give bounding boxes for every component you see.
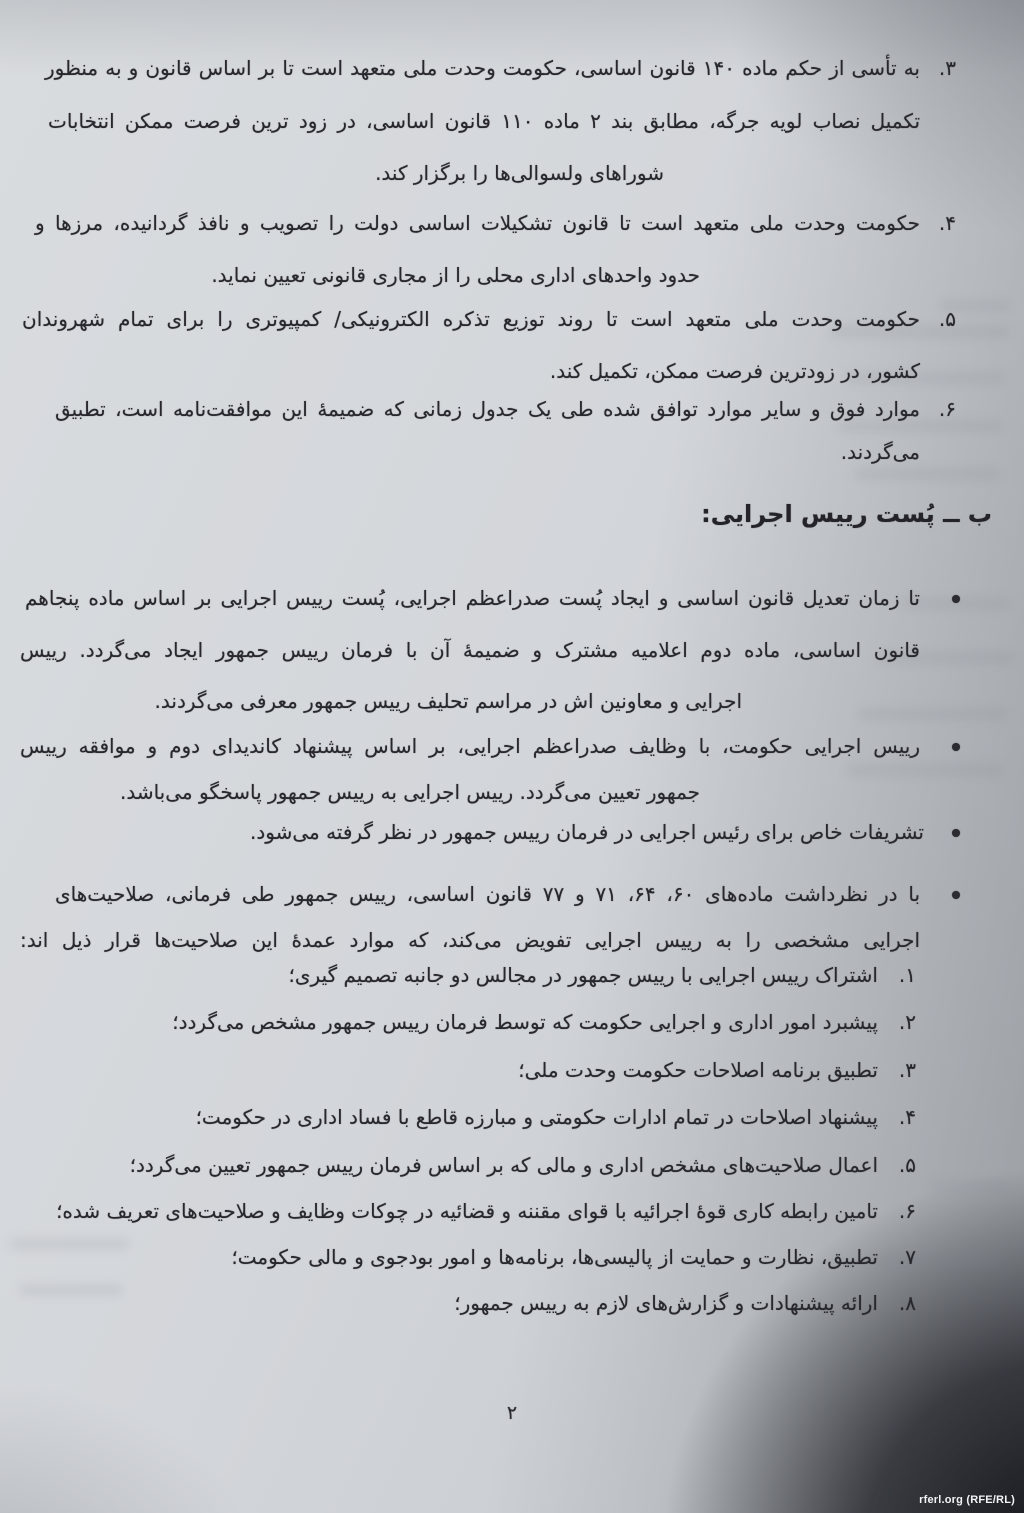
paragraph-line: حکومت وحدت ملی متعهد است تا روند توزیع ت… xyxy=(22,304,920,334)
bullet-icon xyxy=(952,595,960,603)
bleed-through-artifact xyxy=(930,1180,1010,1191)
subitem-line: ارائه پیشنهادات و گزارش‌های لازم به رییس… xyxy=(454,1288,878,1318)
subitem-line: تامین رابطه کاری قوهٔ اجرائیه با قوای مق… xyxy=(56,1196,878,1226)
subitem-number: ۳. xyxy=(899,1055,916,1085)
page-number: ۲ xyxy=(0,1402,1024,1424)
bleed-through-artifact xyxy=(846,764,1004,776)
bullet-icon xyxy=(952,891,960,899)
paragraph-line: اجرایی مشخصی را به رییس اجرایی تفویض می‌… xyxy=(20,925,920,955)
item-number: ۳. xyxy=(939,53,956,83)
subitem-number: ۸. xyxy=(899,1288,916,1318)
subitem-number: ۵. xyxy=(899,1150,916,1180)
paragraph-line: تا زمان تعدیل قانون اساسی و ایجاد پُست ص… xyxy=(25,583,920,613)
section-heading: ب ــ پُست رییس اجرایی: xyxy=(701,500,992,528)
paragraph-line: به تأسی از حکم ماده ۱۴۰ قانون اساسی، حکو… xyxy=(45,53,920,83)
subitem-line: اعمال صلاحیت‌های مشخص اداری و مالی که بر… xyxy=(130,1150,878,1180)
source-watermark: rferl.org (RFE/RL) xyxy=(919,1494,1015,1506)
paragraph-line: رییس اجرایی حکومت، با وظایف صدراعظم اجرا… xyxy=(20,731,920,761)
paragraph-line: کشور، در زودترین فرصت ممکن، تکمیل کند. xyxy=(550,356,920,386)
bleed-through-artifact xyxy=(18,1284,123,1296)
paragraph-line: تکمیل نصاب لویه جرگه، مطابق بند ۲ ماده ۱… xyxy=(48,106,920,136)
subitem-number: ۱. xyxy=(899,960,916,990)
paragraph-line: قانون اساسی، ماده دوم اعلامیه مشترک و ضم… xyxy=(20,635,920,665)
subitem-number: ۶. xyxy=(899,1196,916,1226)
paragraph-line: اجرایی و معاونین اش در مراسم تحلیف رییس … xyxy=(155,686,742,716)
paragraph-line: با در نظرداشت ماده‌های ۶۰، ۶۴، ۷۱ و ۷۷ ق… xyxy=(55,879,920,909)
subitem-line: پیشنهاد اصلاحات در تمام ادارات حکومتی و … xyxy=(196,1102,878,1132)
paragraph-line: حکومت وحدت ملی متعهد است تا قانون تشکیلا… xyxy=(35,208,920,238)
bleed-through-artifact xyxy=(10,1238,130,1250)
item-number: ۴. xyxy=(939,208,956,238)
paragraph-line: می‌گردند. xyxy=(841,437,920,467)
item-number: ۶. xyxy=(939,394,956,424)
subitem-number: ۷. xyxy=(899,1242,916,1272)
subitem-number: ۴. xyxy=(899,1102,916,1132)
subitem-line: پیشبرد امور اداری و اجرایی حکومت که توسط… xyxy=(172,1007,878,1037)
subitem-line: اشتراک رییس اجرایی با رییس جمهور در مجال… xyxy=(289,960,878,990)
paragraph-line: تشریفات خاص برای رئیس اجرایی در فرمان ری… xyxy=(250,817,924,847)
paragraph-line: حدود واحدهای اداری محلی را از مجاری قانو… xyxy=(211,260,700,290)
bullet-icon xyxy=(952,743,960,751)
document-photo: ۳. به تأسی از حکم ماده ۱۴۰ قانون اساسی، … xyxy=(0,0,1024,1513)
bullet-icon xyxy=(952,829,960,837)
bleed-through-artifact xyxy=(870,1255,1000,1267)
bleed-through-artifact xyxy=(858,708,1008,720)
bleed-through-artifact xyxy=(855,468,1000,480)
subitem-line: تطبیق، نظارت و حمایت از پالیسی‌ها، برنام… xyxy=(231,1242,878,1272)
paragraph-line: جمهور تعیین می‌گردد. رییس اجرایی به رییس… xyxy=(120,777,700,807)
subitem-line: تطبیق برنامه اصلاحات حکومت وحدت ملی؛ xyxy=(518,1055,878,1085)
item-number: ۵. xyxy=(939,304,956,334)
paragraph-line: شوراهای ولسوالی‌ها را برگزار کند. xyxy=(375,158,664,188)
subitem-number: ۲. xyxy=(899,1007,916,1037)
paragraph-line: موارد فوق و سایر موارد توافق شده طی یک ج… xyxy=(55,394,920,424)
